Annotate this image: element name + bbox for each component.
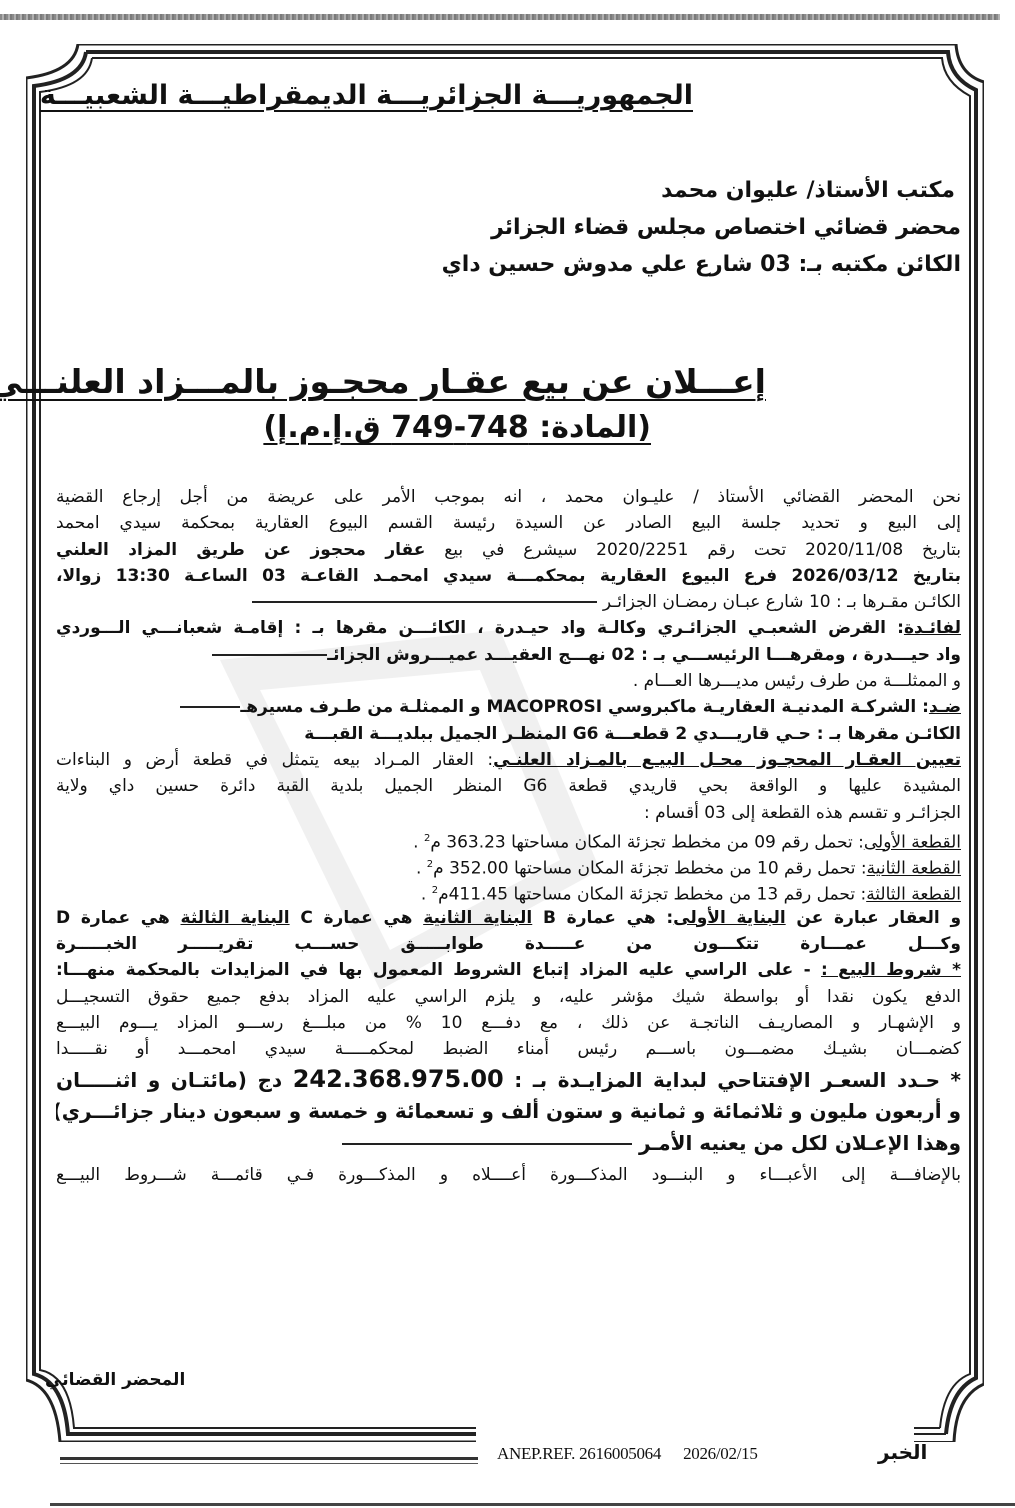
- text-segment: * حـدد السعـر الإفتتاحي لبداية المزايـدة…: [514, 1068, 961, 1092]
- office-role: محضر قضائي اختصاص مجلس قضاء الجزائر: [442, 209, 961, 246]
- body-line: الدفع يكون نقدا أو بواسطة شيك مؤشر عليه،…: [56, 984, 961, 1010]
- price-words-line: و أربعون مليون و ثلاثمائة و ثمانية و ستو…: [56, 1095, 961, 1127]
- body-line: المشيدة عليها و الواقعة بحي قاريدي قطعة …: [56, 773, 961, 799]
- fill-line: [212, 654, 327, 656]
- fill-line: [252, 601, 597, 603]
- text-segment: : العقار المـراد بيعه يتمثل في قطعة أرض …: [56, 750, 493, 770]
- building-label: البناية الثالثة: [181, 908, 290, 928]
- price-line: * حـدد السعـر الإفتتاحي لبداية المزايـدة…: [56, 1063, 961, 1095]
- footer-divider: [60, 1457, 478, 1464]
- plot-label: القطعة الثالثة: [866, 885, 961, 905]
- fill-line: [342, 1143, 632, 1145]
- bailiff-office-block: مكتب الأستاذ/ عليوان محمد محضر قضائي اخت…: [442, 172, 961, 283]
- announcement-body: نحن المحضر القضائي الأستاذ / عليـوان محم…: [56, 484, 961, 1191]
- against-line: ضـد: الشركـة المدنيـة العقاريـة ماكبروسي…: [56, 694, 961, 720]
- anep-reference: ANEP.REF. 2616005064: [497, 1444, 661, 1463]
- text-segment: دج (مائتـان و اثنـــــان: [56, 1068, 282, 1092]
- republic-heading: الجمهوريـــة الجزائريـــة الديمقراطيـــة…: [40, 80, 693, 111]
- text-segment: و العقار عبارة عن: [796, 908, 961, 928]
- publication-date: 2026/02/15: [683, 1444, 757, 1463]
- beneficiary-line: لفائـدة: القرض الشعبـي الجزائـري وكالـة …: [56, 615, 961, 641]
- fill-line: [180, 706, 240, 708]
- body-line: الكائـن مقـرها بـ : 10 شارع عبـان رمضـان…: [56, 589, 961, 615]
- body-line: وكـــل عمـــارة تتكـــون من عـــــدة طوا…: [56, 931, 961, 957]
- newspaper-logo: الخبر: [878, 1440, 927, 1464]
- body-line: الكائـن مقرها بـ : حـي قاريـــدي 2 قطعــ…: [56, 721, 961, 747]
- announcement-title: إعـــلان عن بيع عقـار محجـوز بالمـــزاد …: [0, 362, 766, 401]
- body-line: كضمـــان بشيـك مضمـــون باســـم رئيس أمن…: [56, 1036, 961, 1062]
- building-label: البناية الأولى: [673, 908, 786, 928]
- body-line: و الإشهـار و المصاريـف الناتجـة عن ذلك ،…: [56, 1010, 961, 1036]
- office-address: الكائن مكتبه بـ: 03 شارع علي مدوش حسين د…: [442, 246, 961, 283]
- against-label: ضـد: [929, 697, 961, 717]
- property-label: تعيين العقـار المحجـوز محـل البيـع بالمـ…: [493, 750, 961, 770]
- plot-line: القطعة الثالثة: تحمل رقم 13 من مخطط تجزئ…: [56, 878, 961, 904]
- text-segment: - على الراسي عليه المزاد إتباع الشروط ال…: [56, 960, 811, 980]
- page-bottom-rule: [50, 1503, 1015, 1506]
- text-segment: هي عمارة C: [300, 908, 412, 928]
- legal-article-reference: (المادة: 748-749 ق.إ.م.إ): [263, 410, 651, 445]
- footer-reference: ANEP.REF. 26160050642026/02/15: [497, 1444, 780, 1464]
- conditions-line: * شروط البيع : - على الراسي عليه المزاد …: [56, 957, 961, 983]
- conditions-label: * شروط البيع :: [821, 960, 961, 980]
- body-line: بتاريخ 2020/11/08 تحت رقم 2020/2251 سيشر…: [56, 537, 961, 563]
- body-line: و الممثلـــة من طرف رئيس مديـــرها العــ…: [56, 668, 961, 694]
- office-name: مكتب الأستاذ/ عليوان محمد: [442, 172, 961, 209]
- plot-label: القطعة الثانية: [867, 859, 961, 879]
- closing-line: بالإضافـــة إلى الأعبـــاء و البنـــود ا…: [56, 1159, 961, 1191]
- plot-text: : تحمل رقم 13 من مخطط تجزئة المكان مساحت…: [438, 885, 866, 905]
- body-line: الجزائـر و تقسم هذه القطعة إلى 03 أقسام …: [56, 800, 961, 826]
- text-segment: بتاريخ 2020/11/08 تحت رقم 2020/2251 سيشر…: [444, 540, 961, 560]
- text-segment: عقار محجوز عن طريق المزاد العلني: [56, 540, 425, 560]
- building-label: البناية الثانية: [423, 908, 532, 928]
- opening-price: 242.368.975.00: [293, 1065, 504, 1093]
- text-segment: واد حيـــدرة ، ومقرهـــا الرئيســـي بـ :…: [327, 645, 961, 665]
- beneficiary-label: لفائـدة: [904, 618, 961, 638]
- text-segment: : هي عمارة B: [543, 908, 673, 928]
- text-segment: : الشركـة المدنيـة العقاريـة ماكبروسي MA…: [240, 697, 929, 717]
- bailiff-signature: المحضر القضائي: [45, 1370, 185, 1390]
- plot-text: : تحمل رقم 09 من مخطط تجزئة المكان مساحت…: [430, 833, 864, 853]
- text-segment: هي عمارة D: [56, 908, 170, 928]
- text-segment: وهذا الإعـلان لكل من يعنيه الأمـر: [639, 1131, 961, 1155]
- property-line: تعيين العقـار المحجـوز محـل البيـع بالمـ…: [56, 747, 961, 773]
- plot-label: القطعة الأولى: [864, 833, 961, 853]
- body-line: إلى البيع و تحديد جلسة البيع الصادر عن ا…: [56, 510, 961, 536]
- page-top-rule: [0, 14, 1000, 20]
- notice-line: وهذا الإعـلان لكل من يعنيه الأمـر: [56, 1127, 961, 1159]
- buildings-line: و العقار عبارة عن البناية الأولى: هي عما…: [56, 905, 961, 931]
- plot-text: : تحمل رقم 10 من مخطط تجزئة المكان مساحت…: [433, 859, 867, 879]
- auction-date-line: بتاريخ 2026/03/12 فرع البيوع العقارية بم…: [56, 563, 961, 589]
- body-line: واد حيـــدرة ، ومقرهـــا الرئيســـي بـ :…: [56, 642, 961, 668]
- plot-line: القطعة الأولى: تحمل رقم 09 من مخطط تجزئة…: [56, 826, 961, 852]
- body-line: نحن المحضر القضائي الأستاذ / عليـوان محم…: [56, 484, 961, 510]
- text-segment: : القرض الشعبـي الجزائـري وكالـة واد حيـ…: [56, 618, 904, 638]
- plot-line: القطعة الثانية: تحمل رقم 10 من مخطط تجزئ…: [56, 852, 961, 878]
- court-address: الكائـن مقـرها بـ : 10 شارع عبـان رمضـان…: [603, 592, 961, 612]
